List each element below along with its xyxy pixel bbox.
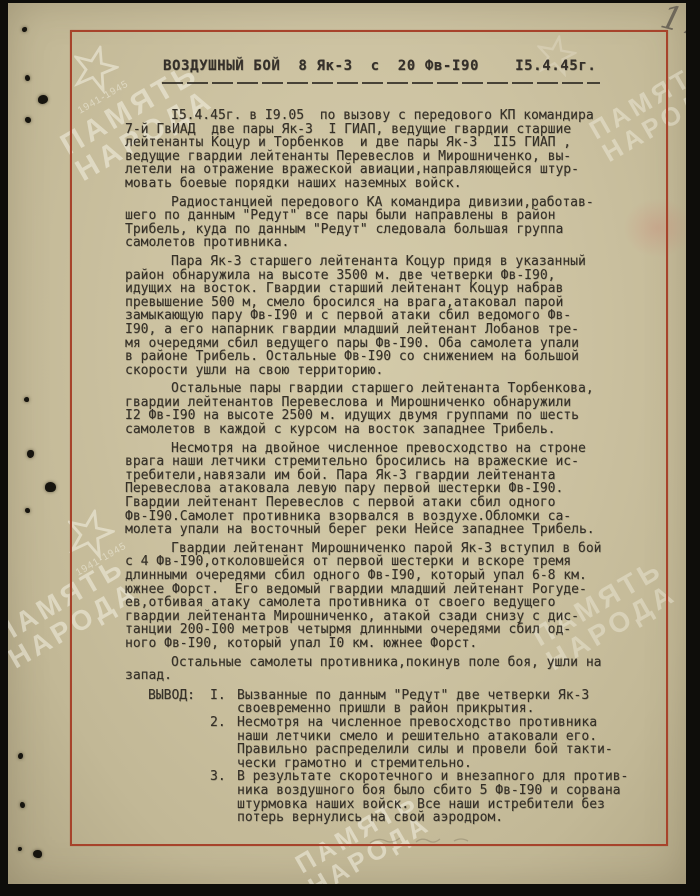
text-line: своевременно пришли в район прикрытия. <box>237 702 589 716</box>
body-text: I5.4.45г. в I9.05 по вызову с передового… <box>125 109 610 825</box>
punch-hole <box>38 95 48 104</box>
punch-hole <box>22 27 27 32</box>
text-line: район обнаружила на высоте 3500 м. две ч… <box>125 269 610 283</box>
conclusion-item: 3.В результате скоротечного и внезапного… <box>210 770 628 824</box>
punch-hole <box>45 482 56 492</box>
text-line: молета упали на восточный берег реки Ней… <box>125 523 610 537</box>
text-line: I5.4.45г. в I9.05 по вызову с передового… <box>125 109 610 123</box>
text-line: скорости ушли на свою территорию. <box>125 364 610 378</box>
text-line: мовать боевые порядки наших наземных вой… <box>125 177 610 191</box>
conclusion-item-lines: Вызванные по данным "Редут" две четверки… <box>237 689 589 716</box>
text-line: требители,навязали им бой. Пара Як-3 гва… <box>125 469 610 483</box>
text-line: Несмотря на двойное численное превосходс… <box>125 442 610 456</box>
conclusion-item: I.Вызванные по данным "Редут" две четвер… <box>210 689 628 716</box>
text-line: чески грамотно и стремительно. <box>237 757 613 771</box>
text-line: лейтенанты Коцур и Торбенков и две пары … <box>125 136 610 150</box>
text-line: запад. <box>125 669 610 683</box>
text-line: Перевеслова атаковала левую пару первой … <box>125 482 610 496</box>
paragraph: Пара Як-3 старшего лейтенанта Коцур прид… <box>125 255 610 377</box>
text-line: потерь вернулись на свой аэродром. <box>237 811 628 825</box>
punch-hole <box>18 753 23 759</box>
text-line: шего по данным "Редут" все пары были нап… <box>125 209 610 223</box>
text-line: танции 200-I00 метров четырмя длинными о… <box>125 623 610 637</box>
paragraph: Остальные пары гвардии старшего лейтенан… <box>125 382 610 436</box>
conclusion-item-lines: Несмотря на численное превосходство прот… <box>237 716 613 770</box>
text-line: гвардии лейтенанта Мирошниченко, атакой … <box>125 610 610 624</box>
text-line: в районе Трибель. Остальные Фв-I90 со сн… <box>125 350 610 364</box>
text-line: Несмотря на численное превосходство прот… <box>237 716 613 730</box>
text-line: I90, а его напарник гвардии младший лейт… <box>125 323 610 337</box>
text-line: Радиостанцией передового КА командира ди… <box>125 196 610 210</box>
paragraph: Несмотря на двойное численное превосходс… <box>125 442 610 537</box>
text-line: южнее Форст. Его ведомый гвардии младший… <box>125 583 610 597</box>
text-line: Правильно распределили силы и провели бо… <box>237 743 613 757</box>
text-line: замыкающую пару Фв-I90 и с первой атаки … <box>125 309 610 323</box>
text-line: самолетов в каждой с курсом на восток за… <box>125 423 610 437</box>
paragraph: Радиостанцией передового КА командира ди… <box>125 196 610 250</box>
punch-hole <box>27 450 34 458</box>
punch-hole <box>25 75 30 81</box>
conclusion-item-number: 3. <box>210 770 237 824</box>
conclusion-label: ВЫВОД: <box>125 689 210 825</box>
text-line: Гвардии лейтенант Мирошниченко парой Як-… <box>125 542 610 556</box>
text-line: Гвардии лейтенант Перевеслов с первой ат… <box>125 496 610 510</box>
text-line: мя очередями сбил ведущего пары Фв-I90. … <box>125 337 610 351</box>
punch-hole <box>25 508 30 513</box>
text-line: наши летчики смело и решительно атаковал… <box>237 730 613 744</box>
text-line: Остальные пары гвардии старшего лейтенан… <box>125 382 610 396</box>
scanned-page: 1941-1945 ПАМЯТЬ НАРОДА ПАМЯТЬ НАРОДА 19… <box>0 0 700 896</box>
punch-hole <box>20 802 25 808</box>
conclusion-item: 2.Несмотря на численное превосходство пр… <box>210 716 628 770</box>
text-line: штурмовка наших войск. Все наши истребит… <box>237 798 628 812</box>
paragraph: Остальные самолеты противника,покинув по… <box>125 656 610 683</box>
text-line: ного Фв-I90, который упал I0 км. южнее Ф… <box>125 637 610 651</box>
text-line: летели на отражение вражеской авиации,на… <box>125 163 610 177</box>
paragraph: Гвардии лейтенант Мирошниченко парой Як-… <box>125 542 610 651</box>
text-line: ев,отбивая атаку самолета противника от … <box>125 596 610 610</box>
text-line: Фв-I90.Самолет противника взорвался в во… <box>125 510 610 524</box>
text-line: Вызванные по данным "Редут" две четверки… <box>237 689 589 703</box>
title-underline <box>162 82 600 84</box>
text-line: Остальные самолеты противника,покинув по… <box>125 656 610 670</box>
text-line: самолетов противника. <box>125 236 610 250</box>
paragraph: I5.4.45г. в I9.05 по вызову с передового… <box>125 109 610 191</box>
text-line: с 4 Фв-I90,отколовшейся от первой шестер… <box>125 555 610 569</box>
text-line: превышение 500 м, смело бросился на враг… <box>125 296 610 310</box>
conclusion-item-lines: В результате скоротечного и внезапного д… <box>237 770 628 824</box>
text-line: I2 Фв-I90 на высоте 2500 м. идущих двумя… <box>125 409 610 423</box>
punch-hole <box>33 850 42 858</box>
text-line: ведущие гвардии лейтенанты Перевеслов и … <box>125 150 610 164</box>
text-line: В результате скоротечного и внезапного д… <box>237 770 628 784</box>
text-line: Трибель, куда по данным "Редут" следовал… <box>125 223 610 237</box>
text-line: Пара Як-3 старшего лейтенанта Коцур прид… <box>125 255 610 269</box>
punch-hole <box>25 117 31 123</box>
punch-hole <box>18 847 22 851</box>
paper-sheet: 1941-1945 ПАМЯТЬ НАРОДА ПАМЯТЬ НАРОДА 19… <box>8 3 686 884</box>
conclusion-block: ВЫВОД: I.Вызванные по данным "Редут" две… <box>125 689 610 825</box>
conclusion-item-number: 2. <box>210 716 237 770</box>
text-line: гвардии лейтенантов Перевеслова и Мирошн… <box>125 396 610 410</box>
document-title: ВОЗДУШНЫЙ БОЙ 8 Як-3 с 20 Фв-I90 I5.4.45… <box>163 58 596 74</box>
text-line: 7-й ГвИАД две пары Як-3 I ГИАП, ведущие … <box>125 123 610 137</box>
punch-hole <box>24 397 29 402</box>
conclusion-item-number: I. <box>210 689 237 716</box>
text-line: длинными очередями сбил одного Фв-I90, к… <box>125 569 610 583</box>
text-line: идущих на восток. Гвардии старший лейтен… <box>125 282 610 296</box>
paragraphs-container: I5.4.45г. в I9.05 по вызову с передового… <box>125 109 610 683</box>
text-line: врага наши летчики стремительно бросилис… <box>125 455 610 469</box>
text-line: ника воздушного боя было сбито 5 Фв-I90 … <box>237 784 628 798</box>
conclusion-items: I.Вызванные по данным "Редут" две четвер… <box>210 689 628 825</box>
